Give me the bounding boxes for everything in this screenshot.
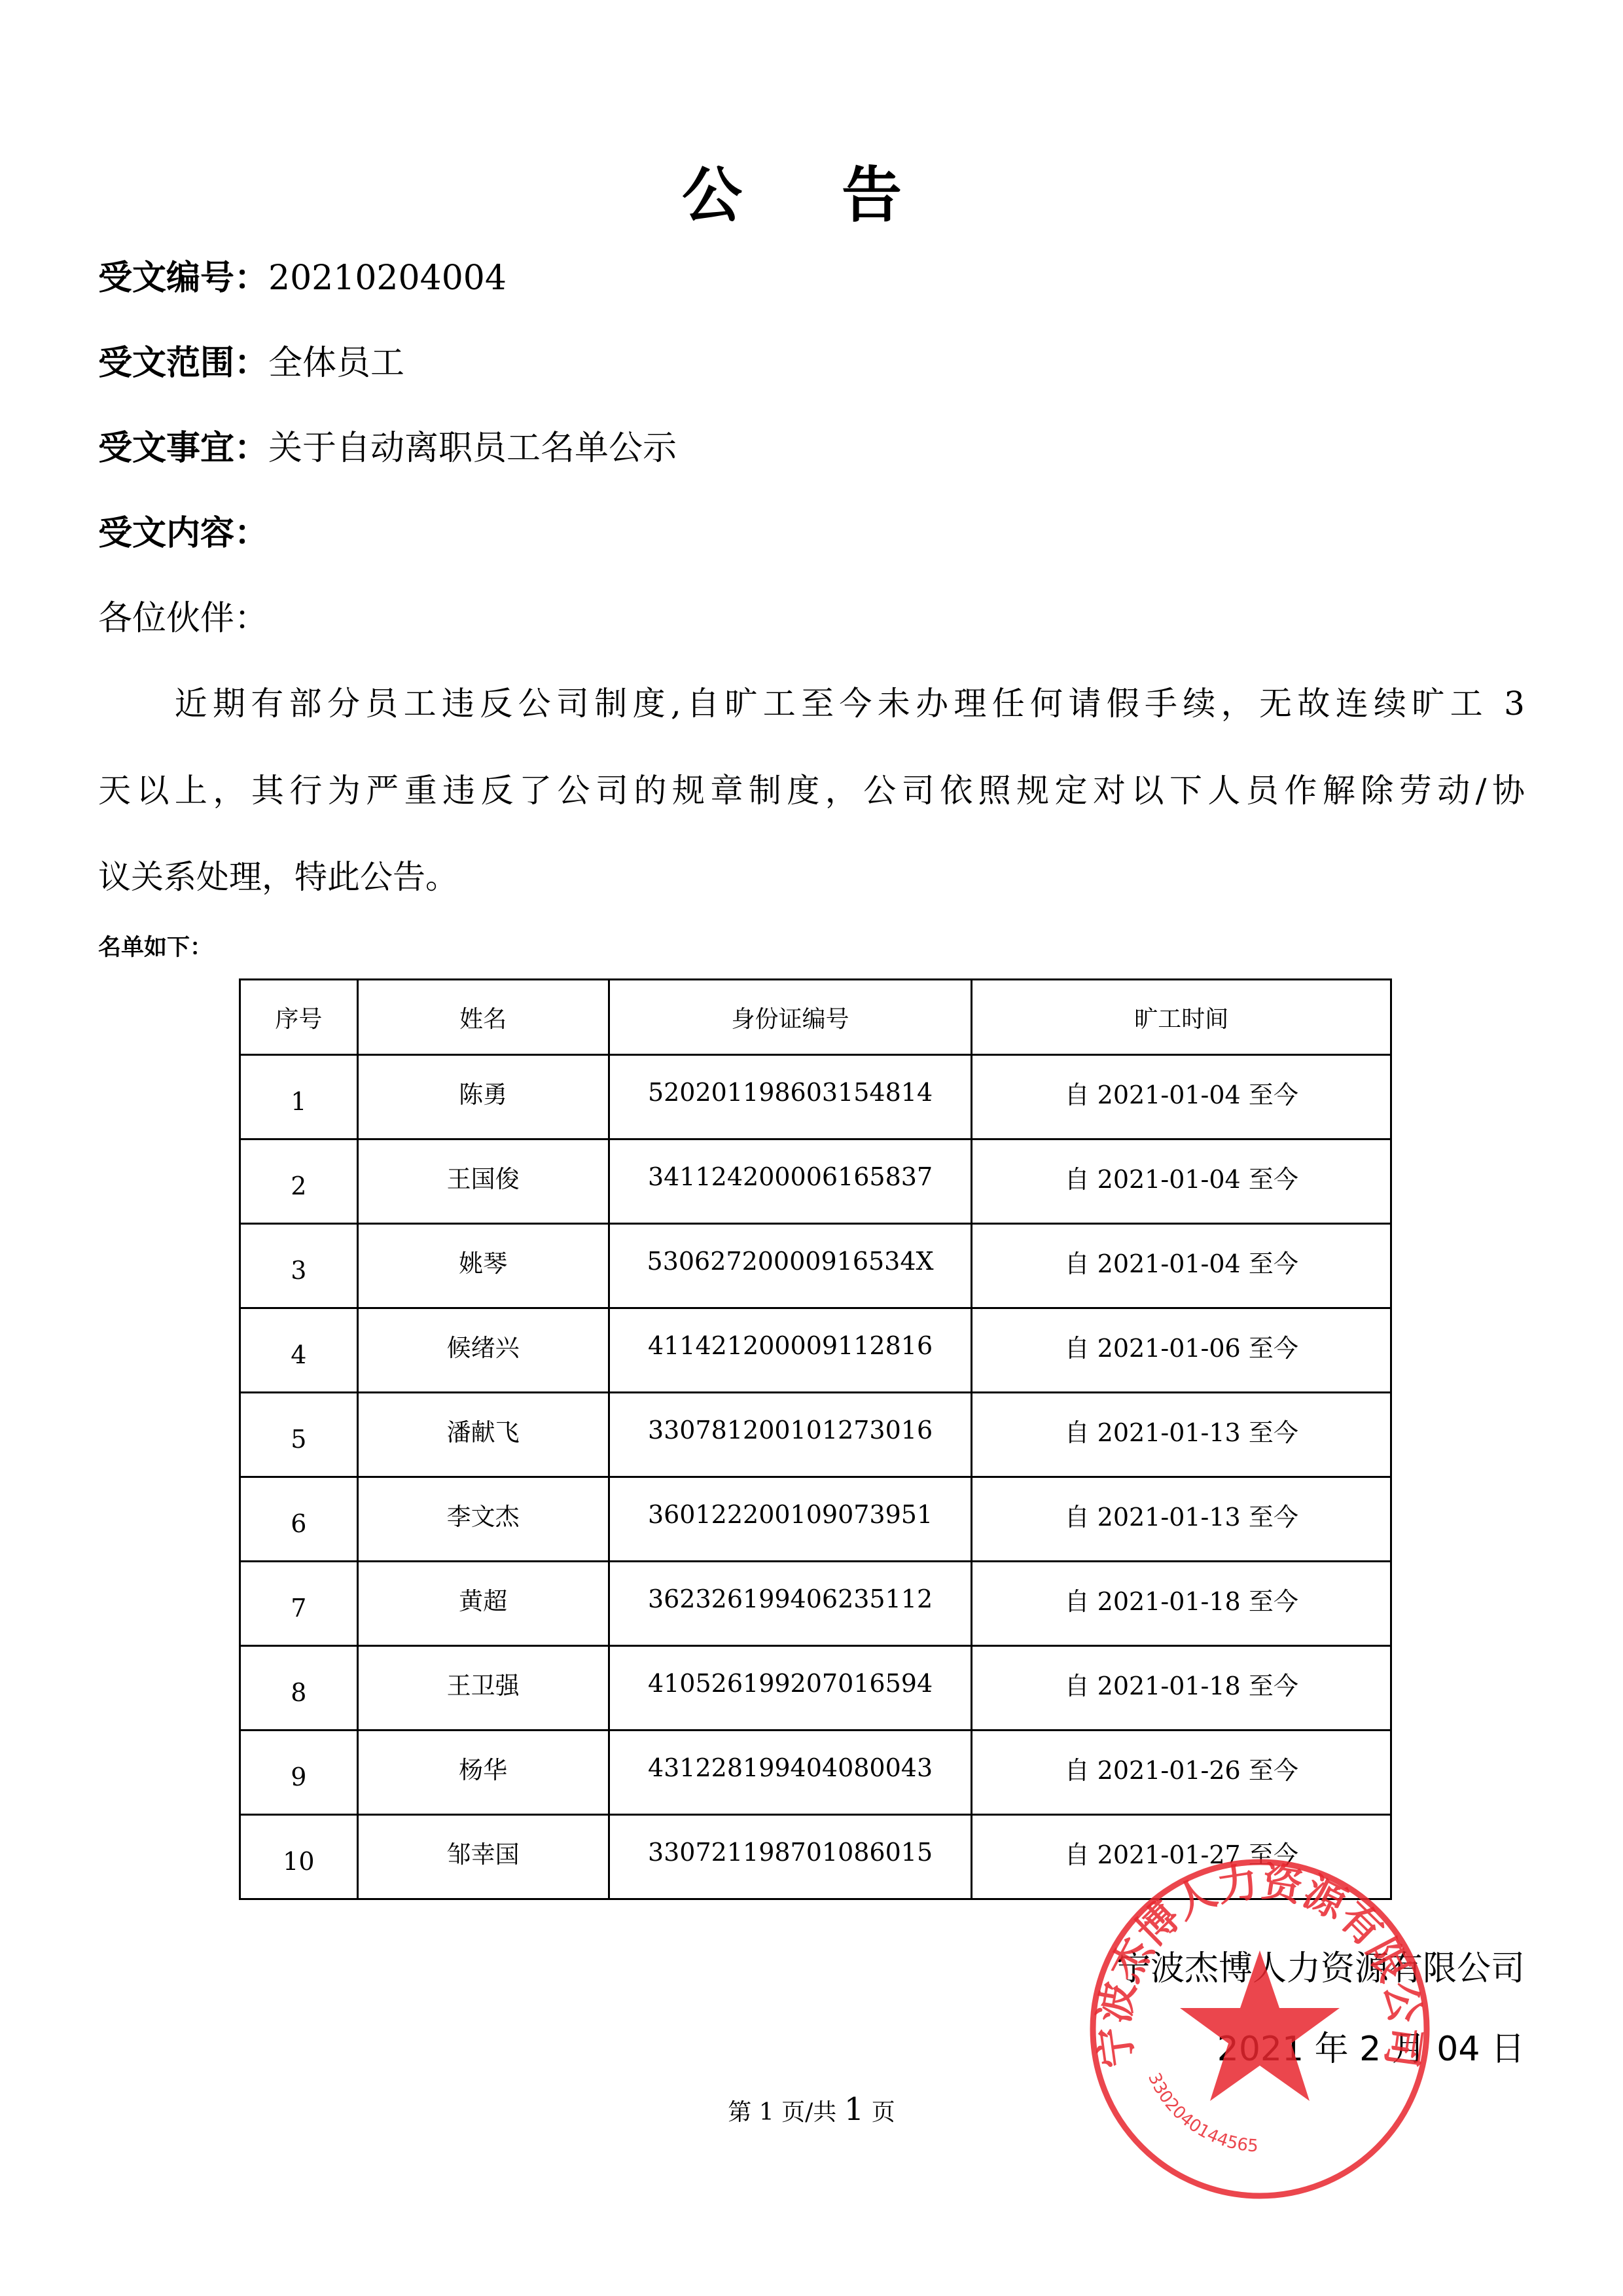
absentee-table: 序号 姓名 身份证编号 旷工时间 1 陈勇 520201198603154814… xyxy=(239,978,1392,1900)
meta-value: 全体员工 xyxy=(268,344,404,383)
table-header-row: 序号 姓名 身份证编号 旷工时间 xyxy=(240,980,1391,1055)
body-line-1: 近期有部分员工违反公司制度,自旷工至今未办理任何请假手续，无故连续旷工 3 xyxy=(98,684,1525,723)
table-row: 2 王国俊 341124200006165837 自 2021-01-04 至今 xyxy=(240,1139,1391,1224)
table-row: 5 潘献飞 330781200101273016 自 2021-01-13 至今 xyxy=(240,1393,1391,1477)
cell-name: 王国俊 xyxy=(357,1139,609,1224)
meta-label: 受文编号： xyxy=(98,259,268,298)
cell-name: 王卫强 xyxy=(357,1646,609,1731)
cell-index: 1 xyxy=(240,1055,358,1139)
header-name: 姓名 xyxy=(357,980,609,1055)
meta-scope: 受文范围：全体员工 xyxy=(98,344,404,383)
body-line-3: 议关系处理，特此公告。 xyxy=(98,857,1525,897)
meta-subject: 受文事宜：关于自动离职员工名单公示 xyxy=(98,429,677,468)
meta-content: 受文内容： xyxy=(98,514,268,553)
meta-value: 关于自动离职员工名单公示 xyxy=(268,429,677,468)
greeting: 各位伙伴： xyxy=(98,599,268,638)
footer-suffix: 页 xyxy=(872,2099,895,2126)
cell-name: 黄超 xyxy=(357,1562,609,1646)
cell-id-number: 330781200101273016 xyxy=(609,1393,972,1477)
footer-current-page: 1 xyxy=(759,2099,774,2126)
cell-name: 邹幸国 xyxy=(357,1815,609,1899)
footer-prefix: 第 xyxy=(728,2099,751,2126)
table-row: 3 姚琴 53062720000916534X 自 2021-01-04 至今 xyxy=(240,1224,1391,1308)
page-footer: 第 1 页/共 1 页 xyxy=(0,2091,1623,2128)
cell-absence-period: 自 2021-01-18 至今 xyxy=(972,1646,1391,1731)
meta-label: 受文内容： xyxy=(98,514,268,553)
cell-absence-period: 自 2021-01-04 至今 xyxy=(972,1224,1391,1308)
cell-index: 6 xyxy=(240,1477,358,1562)
table-row: 7 黄超 362326199406235112 自 2021-01-18 至今 xyxy=(240,1562,1391,1646)
cell-id-number: 410526199207016594 xyxy=(609,1646,972,1731)
meta-value: 20210204004 xyxy=(268,259,507,298)
cell-id-number: 53062720000916534X xyxy=(609,1224,972,1308)
meta-label: 受文范围： xyxy=(98,344,268,383)
cell-index: 10 xyxy=(240,1815,358,1899)
cell-absence-period: 自 2021-01-18 至今 xyxy=(972,1562,1391,1646)
cell-name: 潘献飞 xyxy=(357,1393,609,1477)
table-row: 8 王卫强 410526199207016594 自 2021-01-18 至今 xyxy=(240,1646,1391,1731)
header-id-number: 身份证编号 xyxy=(609,980,972,1055)
cell-name: 李文杰 xyxy=(357,1477,609,1562)
table-row: 6 李文杰 360122200109073951 自 2021-01-13 至今 xyxy=(240,1477,1391,1562)
header-index: 序号 xyxy=(240,980,358,1055)
cell-name: 陈勇 xyxy=(357,1055,609,1139)
list-label: 名单如下： xyxy=(98,929,213,962)
cell-index: 7 xyxy=(240,1562,358,1646)
cell-index: 8 xyxy=(240,1646,358,1731)
cell-absence-period: 自 2021-01-13 至今 xyxy=(972,1393,1391,1477)
meta-doc-number: 受文编号：20210204004 xyxy=(98,259,507,298)
cell-absence-period: 自 2021-01-04 至今 xyxy=(972,1139,1391,1224)
company-seal-icon: 宁波杰博人力资源有限公司 3302040144565 xyxy=(1083,1852,1436,2206)
cell-index: 3 xyxy=(240,1224,358,1308)
cell-id-number: 520201198603154814 xyxy=(609,1055,972,1139)
cell-name: 候绪兴 xyxy=(357,1308,609,1393)
cell-id-number: 341124200006165837 xyxy=(609,1139,972,1224)
cell-index: 9 xyxy=(240,1731,358,1815)
table-row: 9 杨华 431228199404080043 自 2021-01-26 至今 xyxy=(240,1731,1391,1815)
table-row: 1 陈勇 520201198603154814 自 2021-01-04 至今 xyxy=(240,1055,1391,1139)
cell-id-number: 330721198701086015 xyxy=(609,1815,972,1899)
cell-id-number: 411421200009112816 xyxy=(609,1308,972,1393)
cell-id-number: 431228199404080043 xyxy=(609,1731,972,1815)
body-line-2: 天以上，其行为严重违反了公司的规章制度，公司依照规定对以下人员作解除劳动/协 xyxy=(98,771,1525,810)
table-row: 4 候绪兴 411421200009112816 自 2021-01-06 至今 xyxy=(240,1308,1391,1393)
footer-total-pages: 1 xyxy=(844,2091,865,2128)
meta-label: 受文事宜： xyxy=(98,429,268,468)
document-title: 公 告 xyxy=(0,147,1623,234)
cell-absence-period: 自 2021-01-06 至今 xyxy=(972,1308,1391,1393)
cell-id-number: 362326199406235112 xyxy=(609,1562,972,1646)
cell-name: 杨华 xyxy=(357,1731,609,1815)
cell-name: 姚琴 xyxy=(357,1224,609,1308)
cell-index: 5 xyxy=(240,1393,358,1477)
cell-absence-period: 自 2021-01-26 至今 xyxy=(972,1731,1391,1815)
cell-absence-period: 自 2021-01-04 至今 xyxy=(972,1055,1391,1139)
header-absence-period: 旷工时间 xyxy=(972,980,1391,1055)
cell-id-number: 360122200109073951 xyxy=(609,1477,972,1562)
cell-index: 2 xyxy=(240,1139,358,1224)
footer-middle: 页/共 xyxy=(781,2099,836,2126)
cell-absence-period: 自 2021-01-13 至今 xyxy=(972,1477,1391,1562)
cell-index: 4 xyxy=(240,1308,358,1393)
